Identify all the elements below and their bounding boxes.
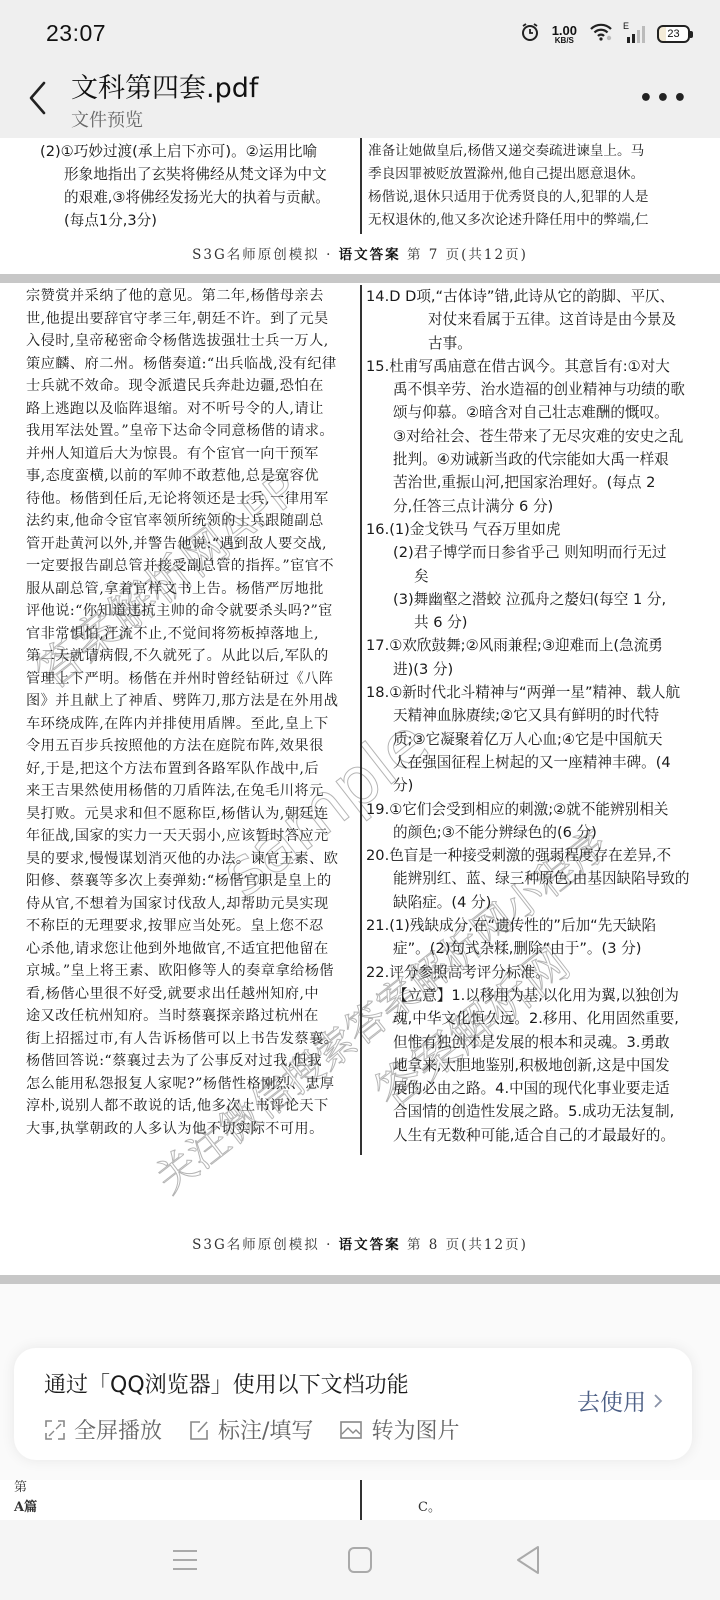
column-divider bbox=[360, 1480, 362, 1520]
page7-right-column: 准备让她做皇后,杨偕又递交奏疏进谏皇上。马 季良因罪被贬放置滁州,他自己提出愿意… bbox=[368, 140, 649, 232]
status-bar: 23:07 1.00 KB/S E 23 bbox=[0, 0, 720, 66]
column-divider bbox=[360, 138, 362, 234]
pdf-viewport[interactable]: (2)①巧妙过渡(承上启下亦可)。②运用比喻 形象地指出了玄奘将佛经从梵文译为中… bbox=[0, 138, 720, 1514]
page7-left-column: (2)①巧妙过渡(承上启下亦可)。②运用比喻 形象地指出了玄奘将佛经从梵文译为中… bbox=[40, 140, 330, 232]
menu-icon bbox=[172, 1548, 198, 1572]
more-options-button[interactable]: ••• bbox=[639, 86, 690, 111]
title-bar: 文科第四套.pdf 文件预览 ••• bbox=[0, 66, 720, 138]
home-icon bbox=[347, 1546, 373, 1574]
page-separator bbox=[0, 274, 720, 283]
back-button[interactable] bbox=[22, 78, 52, 118]
go-use-button[interactable]: 去使用 bbox=[577, 1384, 664, 1417]
wifi-icon bbox=[589, 23, 613, 45]
back-triangle-icon bbox=[515, 1545, 541, 1575]
page8-right-column: 14.D D项,“古体诗”错,此诗从它的韵脚、平仄、 对仗来看属于五律。这首诗是… bbox=[366, 285, 690, 1147]
pdf-page-9-peek: 第 A篇 C。 bbox=[0, 1480, 720, 1520]
feature-annotate[interactable]: 标注/填写 bbox=[188, 1414, 313, 1445]
promo-title: 通过「QQ浏览器」使用以下文档功能 bbox=[44, 1368, 409, 1399]
recent-apps-button[interactable] bbox=[165, 1542, 205, 1578]
page-footer: S3G名师原创模拟 · 语文答案 第 8 页(共12页) bbox=[0, 1233, 720, 1253]
alarm-icon bbox=[520, 22, 540, 46]
promo-features: 全屏播放 标注/填写 转为图片 bbox=[44, 1414, 459, 1445]
back-nav-button[interactable] bbox=[508, 1542, 548, 1578]
edit-icon bbox=[188, 1419, 210, 1441]
fullscreen-icon bbox=[44, 1419, 66, 1441]
answer-22: 22.评分参照高考评分标准。 bbox=[366, 961, 690, 984]
document-subtitle: 文件预览 bbox=[71, 106, 143, 132]
feature-to-image[interactable]: 转为图片 bbox=[339, 1414, 459, 1445]
cell-signal-icon: E bbox=[625, 25, 645, 43]
page-separator bbox=[0, 1275, 720, 1284]
answer-21: 21.(1)残缺成分,在“遗传性的”后加“先天缺陷 bbox=[366, 914, 690, 937]
pdf-page-8: 宗赞赏并采纳了他的意见。第二年,杨偕母亲去 世,他提出要辞官守孝三年,朝廷不许。… bbox=[0, 283, 720, 1275]
document-title: 文科第四套.pdf bbox=[71, 66, 258, 105]
chevron-left-icon bbox=[26, 80, 48, 116]
page-footer: S3G名师原创模拟 · 语文答案 第 7 页(共12页) bbox=[0, 243, 720, 263]
chevron-right-icon bbox=[652, 1392, 664, 1410]
answer-19: 19.①它们会受到相应的刺激;②就不能辨别相关 bbox=[366, 798, 690, 821]
network-speed: 1.00 KB/S bbox=[552, 24, 577, 45]
answer-14: 14.D D项,“古体诗”错,此诗从它的韵脚、平仄、 bbox=[366, 285, 690, 308]
system-nav-bar bbox=[0, 1520, 720, 1600]
battery-icon: 23 bbox=[657, 25, 690, 43]
qq-browser-promo-card[interactable]: 通过「QQ浏览器」使用以下文档功能 全屏播放 标注/填写 转为图片 去使用 bbox=[14, 1348, 692, 1460]
column-divider bbox=[360, 285, 362, 1155]
status-icons: 1.00 KB/S E 23 bbox=[520, 22, 690, 46]
answer-16: 16.(1)金戈铁马 气吞万里如虎 bbox=[366, 518, 690, 541]
answer-18: 18.①新时代北斗精神与“两弹一星”精神、载人航 bbox=[366, 681, 690, 704]
answer-15: 15.杜甫写禹庙意在借古讽今。其意旨有:①对大 bbox=[366, 355, 690, 378]
status-time: 23:07 bbox=[46, 20, 106, 47]
answer-17: 17.①欢欣鼓舞;②风雨兼程;③迎难而上(急流勇 bbox=[366, 634, 690, 657]
page8-left-column: 宗赞赏并采纳了他的意见。第二年,杨偕母亲去 世,他提出要辞官守孝三年,朝廷不许。… bbox=[26, 285, 338, 1140]
home-button[interactable] bbox=[340, 1542, 380, 1578]
pdf-page-7: (2)①巧妙过渡(承上启下亦可)。②运用比喻 形象地指出了玄奘将佛经从梵文译为中… bbox=[0, 138, 720, 274]
image-icon bbox=[339, 1419, 363, 1441]
answer-20: 20.色盲是一种接受刺激的强弱程度存在差异,不 bbox=[366, 844, 690, 867]
feature-fullscreen[interactable]: 全屏播放 bbox=[44, 1414, 162, 1445]
more-dots-icon: ••• bbox=[639, 86, 690, 111]
